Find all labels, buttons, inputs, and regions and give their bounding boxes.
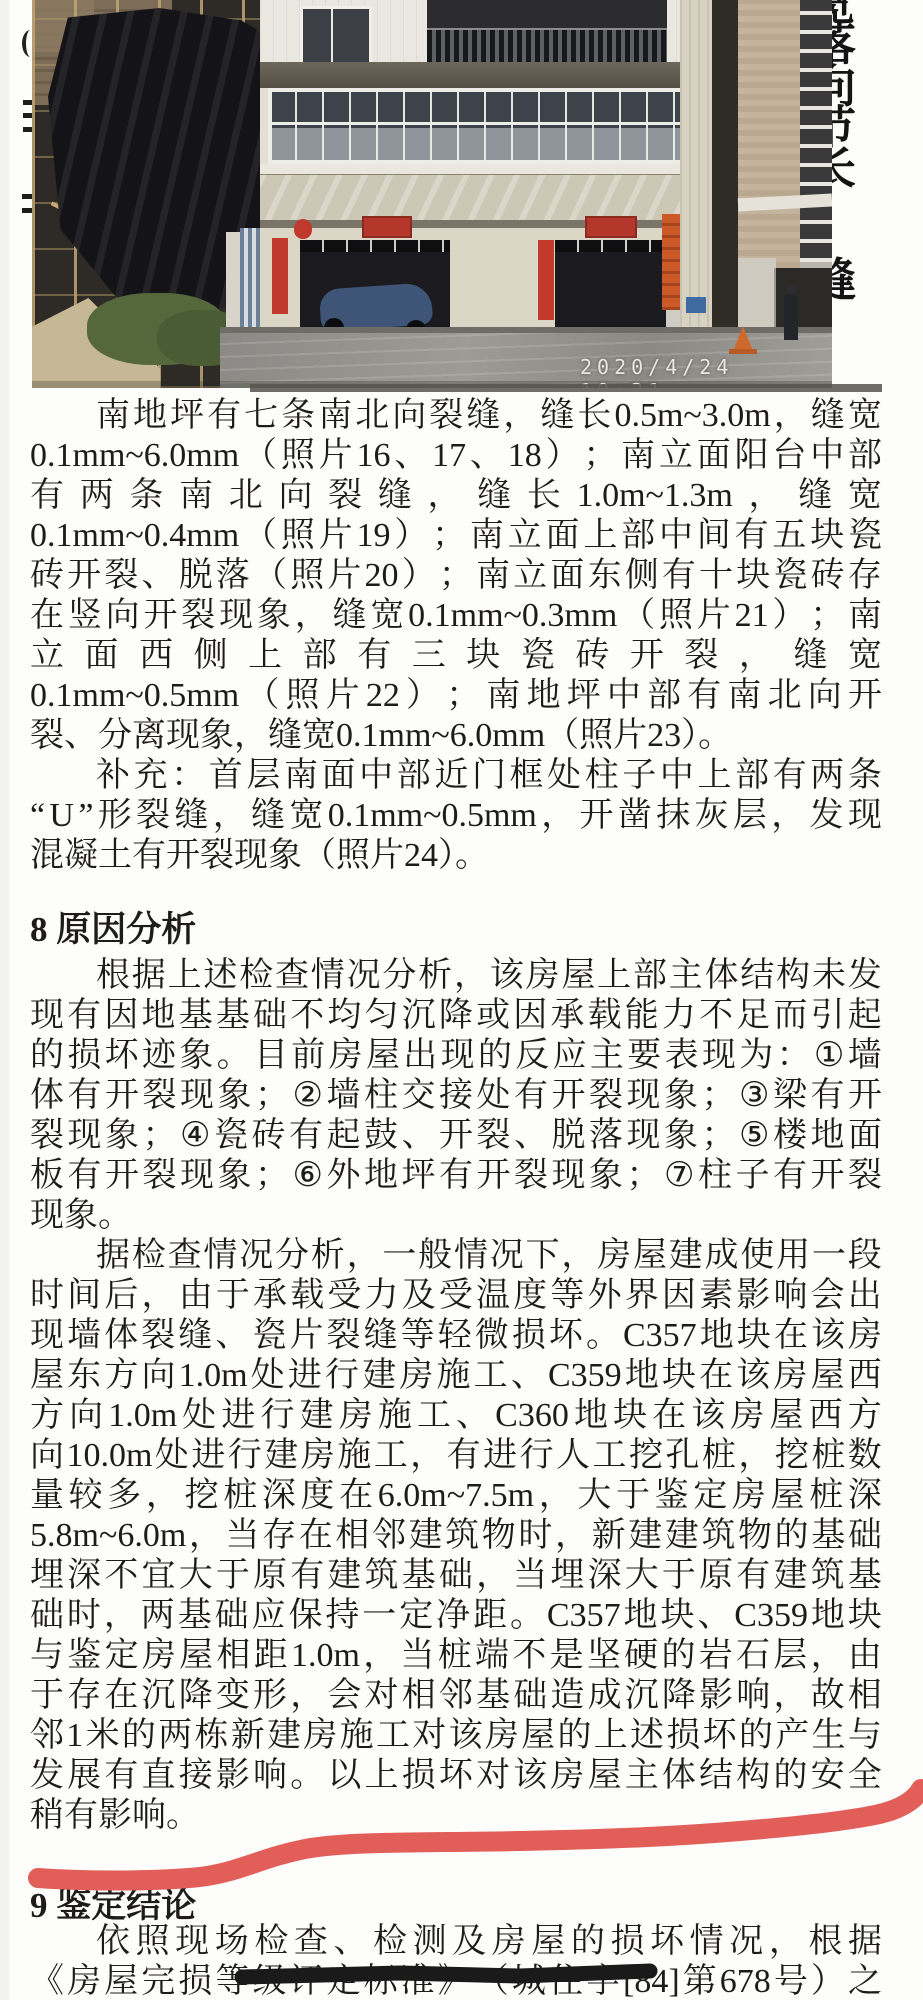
text-line: 于存在沉降变形，会对相邻基础造成沉降影响，故相	[30, 1676, 882, 1716]
text-line: 在竖向开裂现象，缝宽0.1mm~0.3mm（照片21）；南	[30, 596, 882, 636]
text-line: 据检查情况分析，一般情况下，房屋建成使用一段	[30, 1236, 882, 1276]
text-line: 现墙体裂缝、瓷片裂缝等轻微损坏。C357地块在该房	[30, 1316, 882, 1356]
balcony-railing	[427, 28, 667, 64]
traffic-cone	[733, 326, 753, 351]
red-banner	[362, 216, 412, 238]
fascia-shadow	[260, 220, 712, 228]
section-heading-cause-analysis: 8 原因分析	[30, 910, 196, 950]
text-line: 础时，两基础应保持一定净距。C357地块、C359地块	[30, 1596, 882, 1636]
window-mullions	[268, 88, 704, 164]
text-line: 裂现象；④瓷砖有起鼓、开裂、脱落现象；⑤楼地面	[30, 1116, 882, 1156]
margin-fragment	[22, 194, 32, 199]
red-banner	[585, 216, 637, 238]
text-line: 体有开裂现象；②墙柱交接处有开裂现象；③梁有开	[30, 1076, 882, 1116]
scan-smudge	[250, 384, 882, 392]
top-floor-window	[300, 6, 372, 68]
margin-fragment	[22, 208, 32, 213]
text-line: “U”形裂缝，缝宽0.1mm~0.5mm，开凿抹灰层，发现	[30, 796, 882, 836]
text-line: 板有开裂现象；⑥外地坪有开裂现象；⑦柱子有开裂	[30, 1156, 882, 1196]
text-line: 与鉴定房屋相距1.0m，当桩端不是坚硬的岩石层，由	[30, 1636, 882, 1676]
text-line: 南地坪有七条南北向裂缝，缝长0.5m~3.0m，缝宽	[30, 396, 882, 436]
paragraph-supplement: 补充：首层南面中部近门框处柱子中上部有两条“U”形裂缝，缝宽0.1mm~0.5m…	[30, 756, 882, 876]
window-sill	[260, 164, 712, 174]
text-line: 《房屋完损等级评定标准》（城住字[84]第678号）之	[30, 1962, 882, 2000]
spring-couplet	[272, 238, 288, 314]
paragraph-damage-summary: 根据上述检查情况分析，该房屋上部主体结构未发现有因地基基础不均匀沉降或因承载能力…	[30, 956, 882, 1236]
text-line: 砖开裂、脱落（照片20）；南立面东侧有十块瓷砖存	[30, 556, 882, 596]
paragraph-cause-discussion: 据检查情况分析，一般情况下，房屋建成使用一段时间后，由于承载受力及受温度等外界因…	[30, 1236, 882, 1836]
text-line: 裂、分离现象，缝宽0.1mm~6.0mm（照片23）。	[30, 716, 882, 756]
pedestrian-head	[786, 284, 796, 294]
stone-fascia-band	[260, 174, 712, 221]
text-line: 根据上述检查情况分析，该房屋上部主体结构未发	[30, 956, 882, 996]
text-line: 时间后，由于承载受力及受温度等外界因素影响会出	[30, 1276, 882, 1316]
margin-fragment	[23, 127, 32, 132]
text-line: 0.1mm~0.4mm（照片19）；南立面上部中间有五块瓷	[30, 516, 882, 556]
text-line: 现有因地基基础不均匀沉降或因承载能力不足而引起	[30, 996, 882, 1036]
text-line: 立面西侧上部有三块瓷砖开裂，缝宽	[30, 636, 882, 676]
neighbour-balcony-rails	[800, 0, 832, 262]
text-line: 向10.0m处进行建房施工，有进行人工挖孔桩，挖桩数	[30, 1436, 882, 1476]
text-line: 量较多，挖桩深度在6.0m~7.5m，大于鉴定房屋桩深	[30, 1476, 882, 1516]
building-photo: 2020/4/24 10:31	[32, 0, 832, 388]
spring-couplet	[538, 240, 554, 320]
margin-fragment	[23, 100, 32, 105]
red-lantern	[294, 219, 312, 239]
pedestrian	[784, 294, 798, 340]
floor-slab-band	[260, 62, 712, 88]
text-line: 补充：首层南面中部近门框处柱子中上部有两条	[30, 756, 882, 796]
text-line: 0.1mm~6.0mm（照片16、17、18）；南立面阳台中部	[30, 436, 882, 476]
text-line: 5.8m~6.0m，当存在相邻建筑物时，新建建筑物的基础	[30, 1516, 882, 1556]
text-line: 有两条南北向裂缝，缝长1.0m~1.3m，缝宽	[30, 476, 882, 516]
traffic-cone-base	[729, 349, 757, 354]
text-line: 的损坏迹象。目前房屋出现的反应主要表现为：①墙	[30, 1036, 882, 1076]
report-page: 宽落向节长缝	[0, 0, 923, 2000]
paragraph-conclusion: 依照现场检查、检测及房屋的损坏情况，根据《房屋完损等级评定标准》（城住字[84]…	[30, 1922, 882, 2000]
text-line: 发展有直接影响。以上损坏对该房屋主体结构的安全	[30, 1756, 882, 1796]
margin-fragment	[23, 113, 32, 118]
text-line: 混凝土有开裂现象（照片24）。	[30, 836, 882, 876]
text-line: 稍有影响。	[30, 1796, 882, 1836]
transom-window	[300, 240, 450, 252]
text-line: 方向1.0m处进行建房施工、C360地块在该房屋西方	[30, 1396, 882, 1436]
text-line: 埋深不宜大于原有建筑基础，当埋深大于原有建筑基	[30, 1556, 882, 1596]
scan-edge-shadow	[0, 0, 9, 2000]
blue-address-plaque	[686, 297, 706, 313]
text-line: 邻1米的两栋新建房施工对该房屋的上述损坏的产生与	[30, 1716, 882, 1756]
text-line: 0.1mm~0.5mm（照片22）；南地坪中部有南北向开	[30, 676, 882, 716]
paragraph-south-cracks: 南地坪有七条南北向裂缝，缝长0.5m~3.0m，缝宽0.1mm~6.0mm（照片…	[30, 396, 882, 756]
text-line: 现象。	[30, 1196, 882, 1236]
text-line: 屋东方向1.0m处进行建房施工、C359地块在该房屋西	[30, 1356, 882, 1396]
section-heading-appraisal-conclusion: 9 鉴定结论	[30, 1886, 196, 1926]
text-line: 依照现场检查、检测及房屋的损坏情况，根据	[30, 1922, 882, 1962]
